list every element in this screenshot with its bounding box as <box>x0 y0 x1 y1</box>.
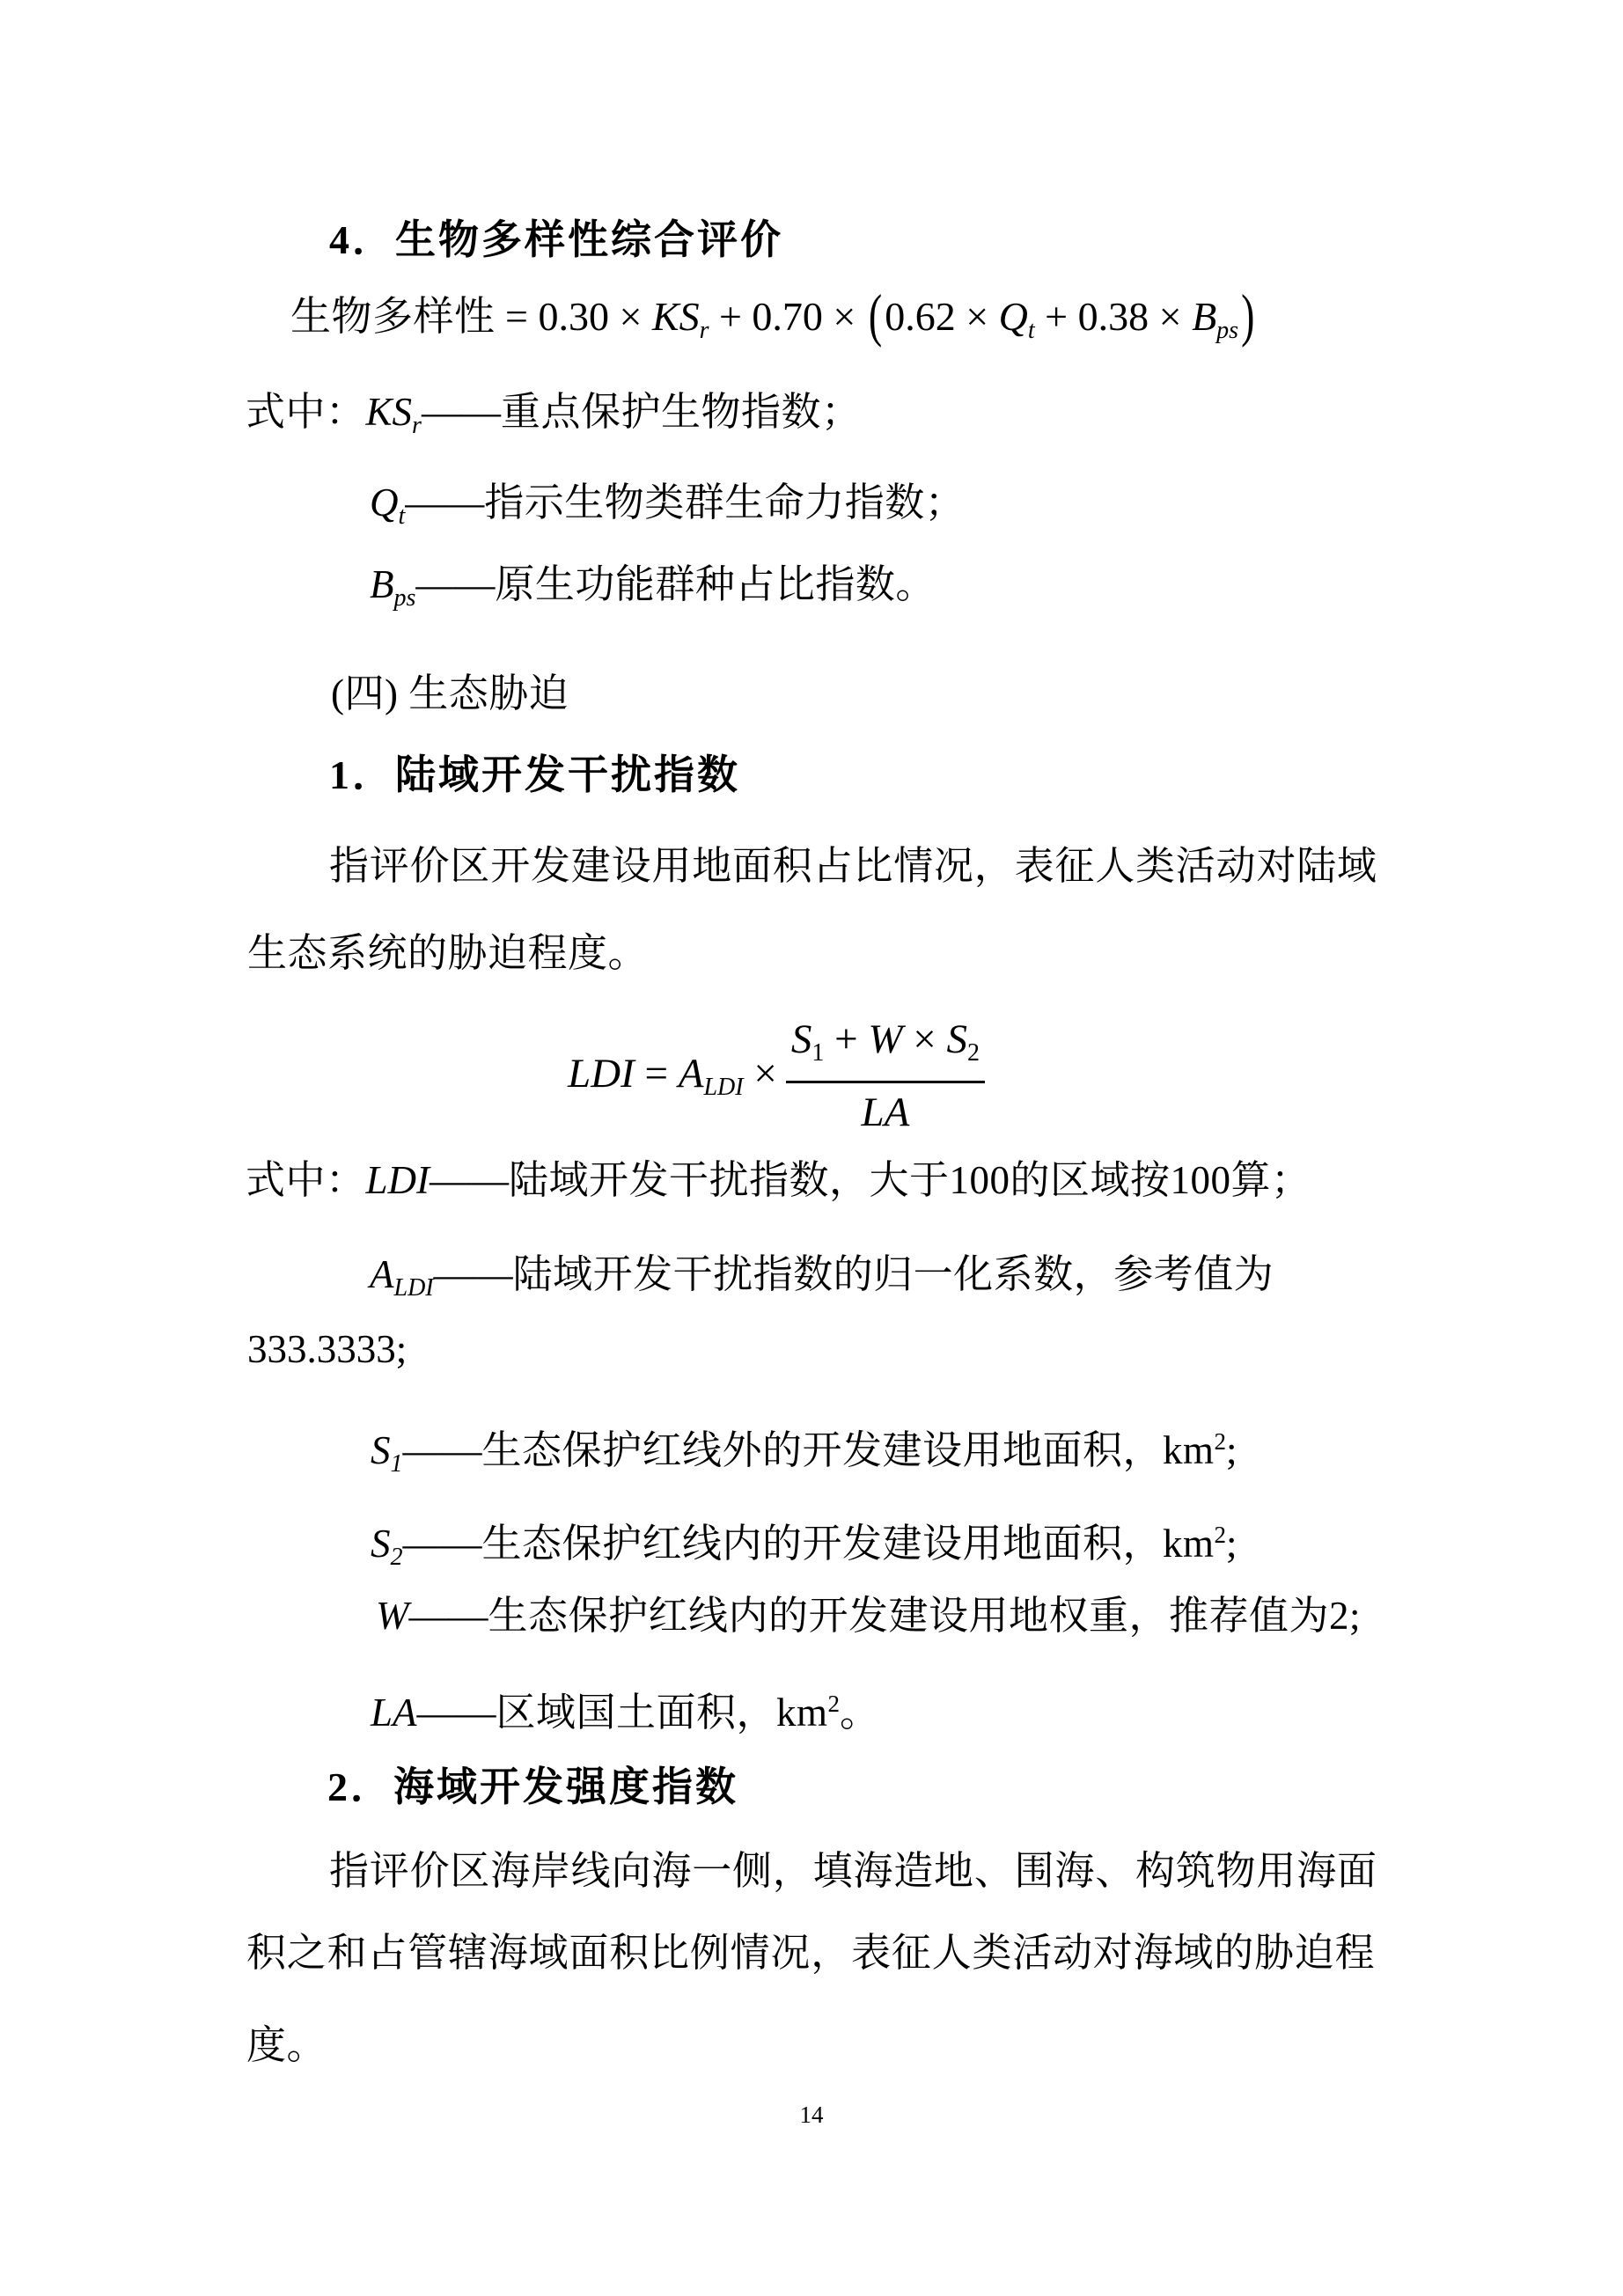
dash: —— <box>415 562 495 606</box>
tail-punctuation: 。 <box>840 1691 879 1735</box>
times-sign: × <box>903 1016 947 1062</box>
var-s2: S <box>947 1016 968 1062</box>
formula-biodiversity: 生物多样性 = 0.30 × KSr + 0.70 × (0.62 × Qt +… <box>290 290 1257 357</box>
var-q: Q <box>370 480 399 524</box>
fraction-bar <box>786 1081 985 1083</box>
var-s1-subscript: 1 <box>811 1039 824 1067</box>
paragraph-sea-line2: 积之和占管辖海域面积比例情况，表征人类活动对海域的胁迫程 <box>246 1926 1375 1979</box>
var-s2: S <box>371 1522 391 1566</box>
var-b-subscript: ps <box>394 584 416 612</box>
formula-ldi-left: LDI = ALDI × <box>568 1050 777 1102</box>
var-b: B <box>370 562 394 606</box>
formula-seg-b: + 0.38 × <box>1035 294 1192 339</box>
fraction: S1 + W × S2 LA <box>786 1014 985 1138</box>
var-s2-subscript: 2 <box>967 1039 980 1067</box>
definition-s1: S1——生态保护红线外的开发建设用地面积，km2; <box>371 1415 1237 1491</box>
paragraph-land-line2: 生态系统的胁迫程度。 <box>247 927 648 979</box>
var-la: LA <box>371 1691 417 1735</box>
var-ks: KS <box>366 390 413 434</box>
definition-s2: S2——生态保护红线内的开发建设用地面积，km2; <box>371 1508 1237 1584</box>
equals-sign: = <box>635 1051 679 1097</box>
definition-text: 生态保护红线外的开发建设用地面积，km <box>482 1428 1215 1472</box>
definition-w: W——生态保护红线内的开发建设用地权重，推荐值为2; <box>376 1589 1361 1642</box>
paragraph-sea-line3: 度。 <box>246 2019 327 2072</box>
dash: —— <box>422 390 501 434</box>
document-page: 4．生物多样性综合评价 生物多样性 = 0.30 × KSr + 0.70 × … <box>0 0 1623 2296</box>
var-q-subscript: t <box>1028 317 1035 344</box>
var-ks-subscript: r <box>700 317 709 344</box>
tail-punctuation: ; <box>1226 1428 1237 1472</box>
definition-text: 指示生物类群生命力指数； <box>484 480 965 524</box>
var-b-subscript: ps <box>1216 317 1238 344</box>
var-q: Q <box>999 294 1028 339</box>
definition-bps: Bps——原生功能群种占比指数。 <box>370 558 936 625</box>
var-ks: KS <box>652 294 700 339</box>
formula-lhs: 生物多样性 <box>290 294 496 339</box>
var-s2-subscript: 2 <box>391 1544 403 1571</box>
definition-la: LA——区域国土面积，km2。 <box>371 1677 879 1739</box>
definition-aldi: ALDI——陆域开发干扰指数的归一化系数，参考值为 <box>370 1248 1274 1315</box>
definition-text: 生态保护红线内的开发建设用地权重，推荐值为2; <box>488 1594 1362 1638</box>
definition-text: 区域国土面积，km <box>496 1691 828 1735</box>
var-b: B <box>1192 294 1216 339</box>
var-s1: S <box>371 1428 391 1472</box>
var-a-subscript: LDI <box>394 1274 434 1302</box>
superscript-2: 2 <box>828 1691 841 1717</box>
tail-punctuation: ; <box>1226 1522 1237 1566</box>
definition-text: 陆域开发干扰指数的归一化系数，参考值为 <box>513 1252 1274 1296</box>
definition-aldi-continuation: 333.3333; <box>247 1323 407 1375</box>
superscript-2: 2 <box>1215 1428 1227 1455</box>
var-a: A <box>679 1051 704 1097</box>
dash: —— <box>403 1522 482 1566</box>
heading-eco-threat: (四) 生态胁迫 <box>331 667 569 720</box>
dash: —— <box>403 1428 482 1472</box>
paragraph-sea-line1: 指评价区海岸线向海一侧，填海造地、围海、构筑物用海面 <box>329 1845 1377 1897</box>
fraction-numerator: S1 + W × S2 <box>786 1014 985 1079</box>
definition-text: 原生功能群种占比指数。 <box>495 562 936 606</box>
dash: —— <box>405 480 484 524</box>
dash: —— <box>434 1252 513 1296</box>
times-sign: × <box>744 1051 777 1097</box>
left-paren: ( <box>869 277 882 354</box>
heading-biodiversity: 4．生物多样性综合评价 <box>329 214 783 267</box>
var-ldi: LDI <box>366 1158 430 1202</box>
formula-mid-seg: + 0.70 × <box>709 294 865 339</box>
var-s1-subscript: 1 <box>391 1450 403 1478</box>
definition-text: 重点保护生物指数； <box>501 390 862 434</box>
heading-sea-development-index: 2．海域开发强度指数 <box>327 1761 738 1814</box>
paragraph-land-line1: 指评价区开发建设用地面积占比情况，表征人类活动对陆域 <box>329 840 1377 892</box>
definition-text: 陆域开发干扰指数，大于100的区域按100算； <box>509 1158 1311 1202</box>
right-paren: ) <box>1241 277 1254 354</box>
where-label: 式中： <box>246 1158 366 1202</box>
var-s1: S <box>791 1016 812 1062</box>
var-ks-subscript: r <box>412 412 422 439</box>
definition-ldi: 式中：LDI——陆域开发干扰指数，大于100的区域按100算； <box>246 1154 1311 1207</box>
var-w: W <box>868 1016 902 1062</box>
dash: —— <box>417 1691 496 1735</box>
formula-ldi: LDI = ALDI × S1 + W × S2 LA <box>568 1014 985 1138</box>
formula-seg-a: 0.62 × <box>885 294 998 339</box>
dash: —— <box>430 1158 509 1202</box>
var-ldi: LDI <box>568 1051 635 1097</box>
heading-land-development-index: 1．陆域开发干扰指数 <box>329 749 740 802</box>
dash: —— <box>409 1594 488 1638</box>
var-a-subscript: LDI <box>703 1074 743 1101</box>
var-a: A <box>370 1252 394 1296</box>
definition-ksr: 式中：KSr——重点保护生物指数； <box>246 385 861 452</box>
var-w: W <box>376 1594 409 1638</box>
where-label: 式中： <box>246 390 366 434</box>
plus-sign: + <box>824 1016 868 1062</box>
page-number: 14 <box>0 2102 1623 2129</box>
fraction-denominator: LA <box>856 1087 915 1138</box>
superscript-2: 2 <box>1215 1522 1227 1548</box>
formula-eq-seg: = 0.30 × <box>496 294 652 339</box>
definition-text: 生态保护红线内的开发建设用地面积，km <box>482 1522 1215 1566</box>
definition-qt: Qt——指示生物类群生命力指数； <box>370 476 965 543</box>
